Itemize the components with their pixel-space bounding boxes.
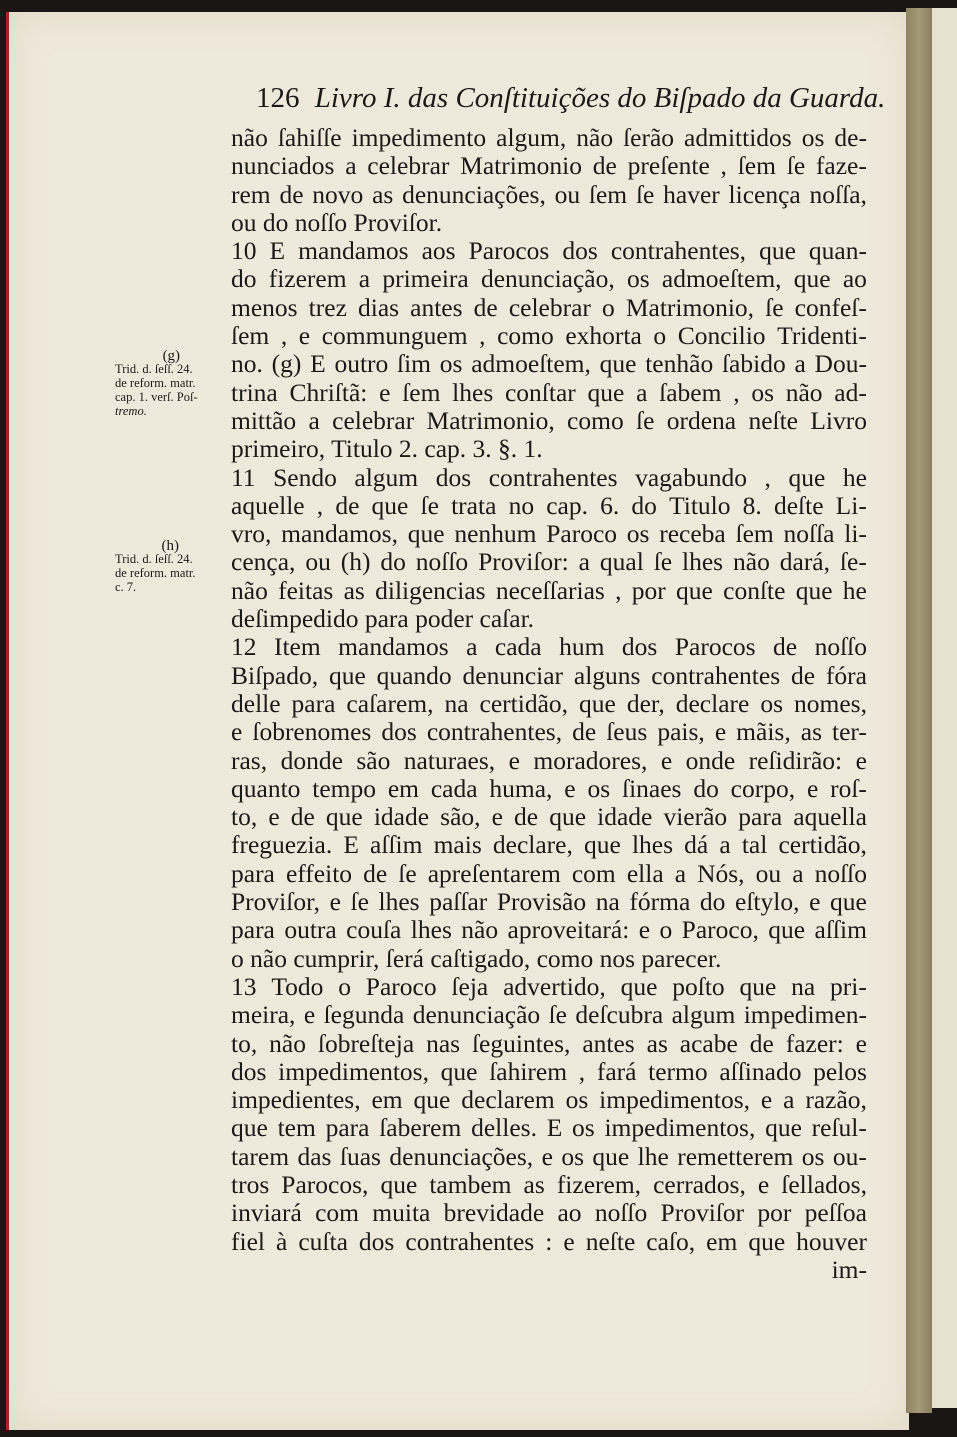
text-line: 13TodooParocoſejaadvertido,quepoſtoquena… — [231, 973, 867, 1001]
text-line: dosimpedimentos,queſahirem,farátermoaſſi… — [231, 1058, 867, 1086]
text-line: ſem,ecommunguem,comoexhortaoConcilioTrid… — [231, 322, 867, 350]
text-line: ras,dondesãonaturaes,emoradores,eondereſ… — [231, 747, 867, 775]
text-line: taremdasſuasdenunciações,eosquelheremett… — [231, 1143, 867, 1171]
text-line: freguezia.Eaſſimmaisdeclare,quelhesdáata… — [231, 831, 867, 859]
margin-note-line: tremo. — [115, 404, 198, 418]
margin-note-ref: (h) — [115, 540, 196, 552]
margin-note-line: c. 7. — [115, 580, 196, 594]
text-line: primeiro, Titulo 2. cap. 3. §. 1. — [231, 435, 867, 463]
text-line: trosParocos,quetambemasfizerem,cerrados,… — [231, 1171, 867, 1199]
margin-note-line: Trid. d. ſeſſ. 24. — [115, 362, 198, 376]
text-line: eſobrenomesdoscontrahentes,deſeuspais,em… — [231, 718, 867, 746]
text-line: im- — [231, 1256, 867, 1284]
text-line: menostrezdiasantesdecelebraroMatrimonio,… — [231, 294, 867, 322]
margin-note-line: Trid. d. ſeſſ. 24. — [115, 552, 196, 566]
text-line: fielàcuſtadoscontrahentes:eneſtecaſo,emq… — [231, 1228, 867, 1256]
text-line: 10EmandamosaosParocosdoscontrahentes,que… — [231, 237, 867, 265]
text-line: impedientes,emquedeclaremosimpedimentos,… — [231, 1086, 867, 1114]
running-title: Livro I. das Conſtituições do Biſpado da… — [315, 82, 886, 114]
text-line: 11Sendoalgumdoscontrahentesvagabundo,que… — [231, 464, 867, 492]
text-line: trinaChriſtã:eſemlhesconſtarqueaſabem,os… — [231, 379, 867, 407]
text-line: vro,mandamos,quenenhumParocoosrecebaſemn… — [231, 520, 867, 548]
page-number: 126 — [256, 82, 300, 114]
margin-note-g: (g) Trid. d. ſeſſ. 24. de reform. matr. … — [115, 350, 198, 418]
margin-note-ref: (g) — [115, 350, 198, 362]
text-line: Biſpado,quequandodenunciaralgunscontrahe… — [231, 662, 867, 690]
text-line: remdenovoasdenunciações,ouſemſehaverlice… — [231, 181, 867, 209]
text-line: nunciadosacelebrarMatrimoniodepreſente,ſ… — [231, 152, 867, 180]
margin-note-h: (h) Trid. d. ſeſſ. 24. de reform. matr. … — [115, 540, 196, 594]
text-line: dofizeremaprimeiradenunciação,osadmoeſte… — [231, 265, 867, 293]
text-line: cença,ou(h)donoſſoProviſor:aqualſelhesnã… — [231, 548, 867, 576]
margin-note-line: cap. 1. verſ. Poſ- — [115, 390, 198, 404]
text-line: quantotempoemcadahuma,eosſinaesdocorpo,e… — [231, 775, 867, 803]
text-line: inviarácommuitabrevidadeaonoſſoProviſorp… — [231, 1199, 867, 1227]
main-text: nãoſahiſſeimpedimentoalgum,nãoſerãoadmit… — [231, 124, 867, 1284]
text-line: ou do noſſo Proviſor. — [231, 209, 867, 237]
text-line: nãofeitasasdiligenciasneceſſarias,porque… — [231, 577, 867, 605]
text-line: to,edequeidadesão,edequeidadevierãoparaa… — [231, 803, 867, 831]
text-line: 12ItemmandamosacadahumdosParocosdenoſſo — [231, 633, 867, 661]
text-line: paraeffeitodeſeapreſentaremcomellaaNós,o… — [231, 860, 867, 888]
text-line: no.(g)Eoutroſimosadmoeſtem,quetenhãoſabi… — [231, 350, 867, 378]
book-gutter — [906, 8, 932, 1413]
margin-note-line: de reform. matr. — [115, 566, 196, 580]
facing-page-edge — [932, 8, 957, 1408]
text-line: paraoutracouſalhesnãoaproveitará:eoParoc… — [231, 916, 867, 944]
text-line: deſimpedido para poder caſar. — [231, 605, 867, 633]
text-line: delleparacaſarem,nacertidão,queder,decla… — [231, 690, 867, 718]
text-line: to,nãoſobreſtejanasſeguintes,antesasacab… — [231, 1030, 867, 1058]
margin-note-line: de reform. matr. — [115, 376, 198, 390]
running-header: 126 Livro I. das Conſtituições do Biſpad… — [256, 82, 885, 115]
text-line: mittãoacelebrarMatrimonio,comoſeordenane… — [231, 407, 867, 435]
text-line: o não cumprir, ſerá caſtigado, como nos … — [231, 945, 867, 973]
text-line: aquelle,dequeſetratanocap.6.doTitulo8.de… — [231, 492, 867, 520]
text-line: meira,eſegundadenunciaçãoſedeſcubraalgum… — [231, 1001, 867, 1029]
text-line: Proviſor,eſelhespaſſarProvisãonafórmadoe… — [231, 888, 867, 916]
text-line: nãoſahiſſeimpedimentoalgum,nãoſerãoadmit… — [231, 124, 867, 152]
text-line: quetemparaſaberemdelles.Eosimpedimentos,… — [231, 1114, 867, 1142]
